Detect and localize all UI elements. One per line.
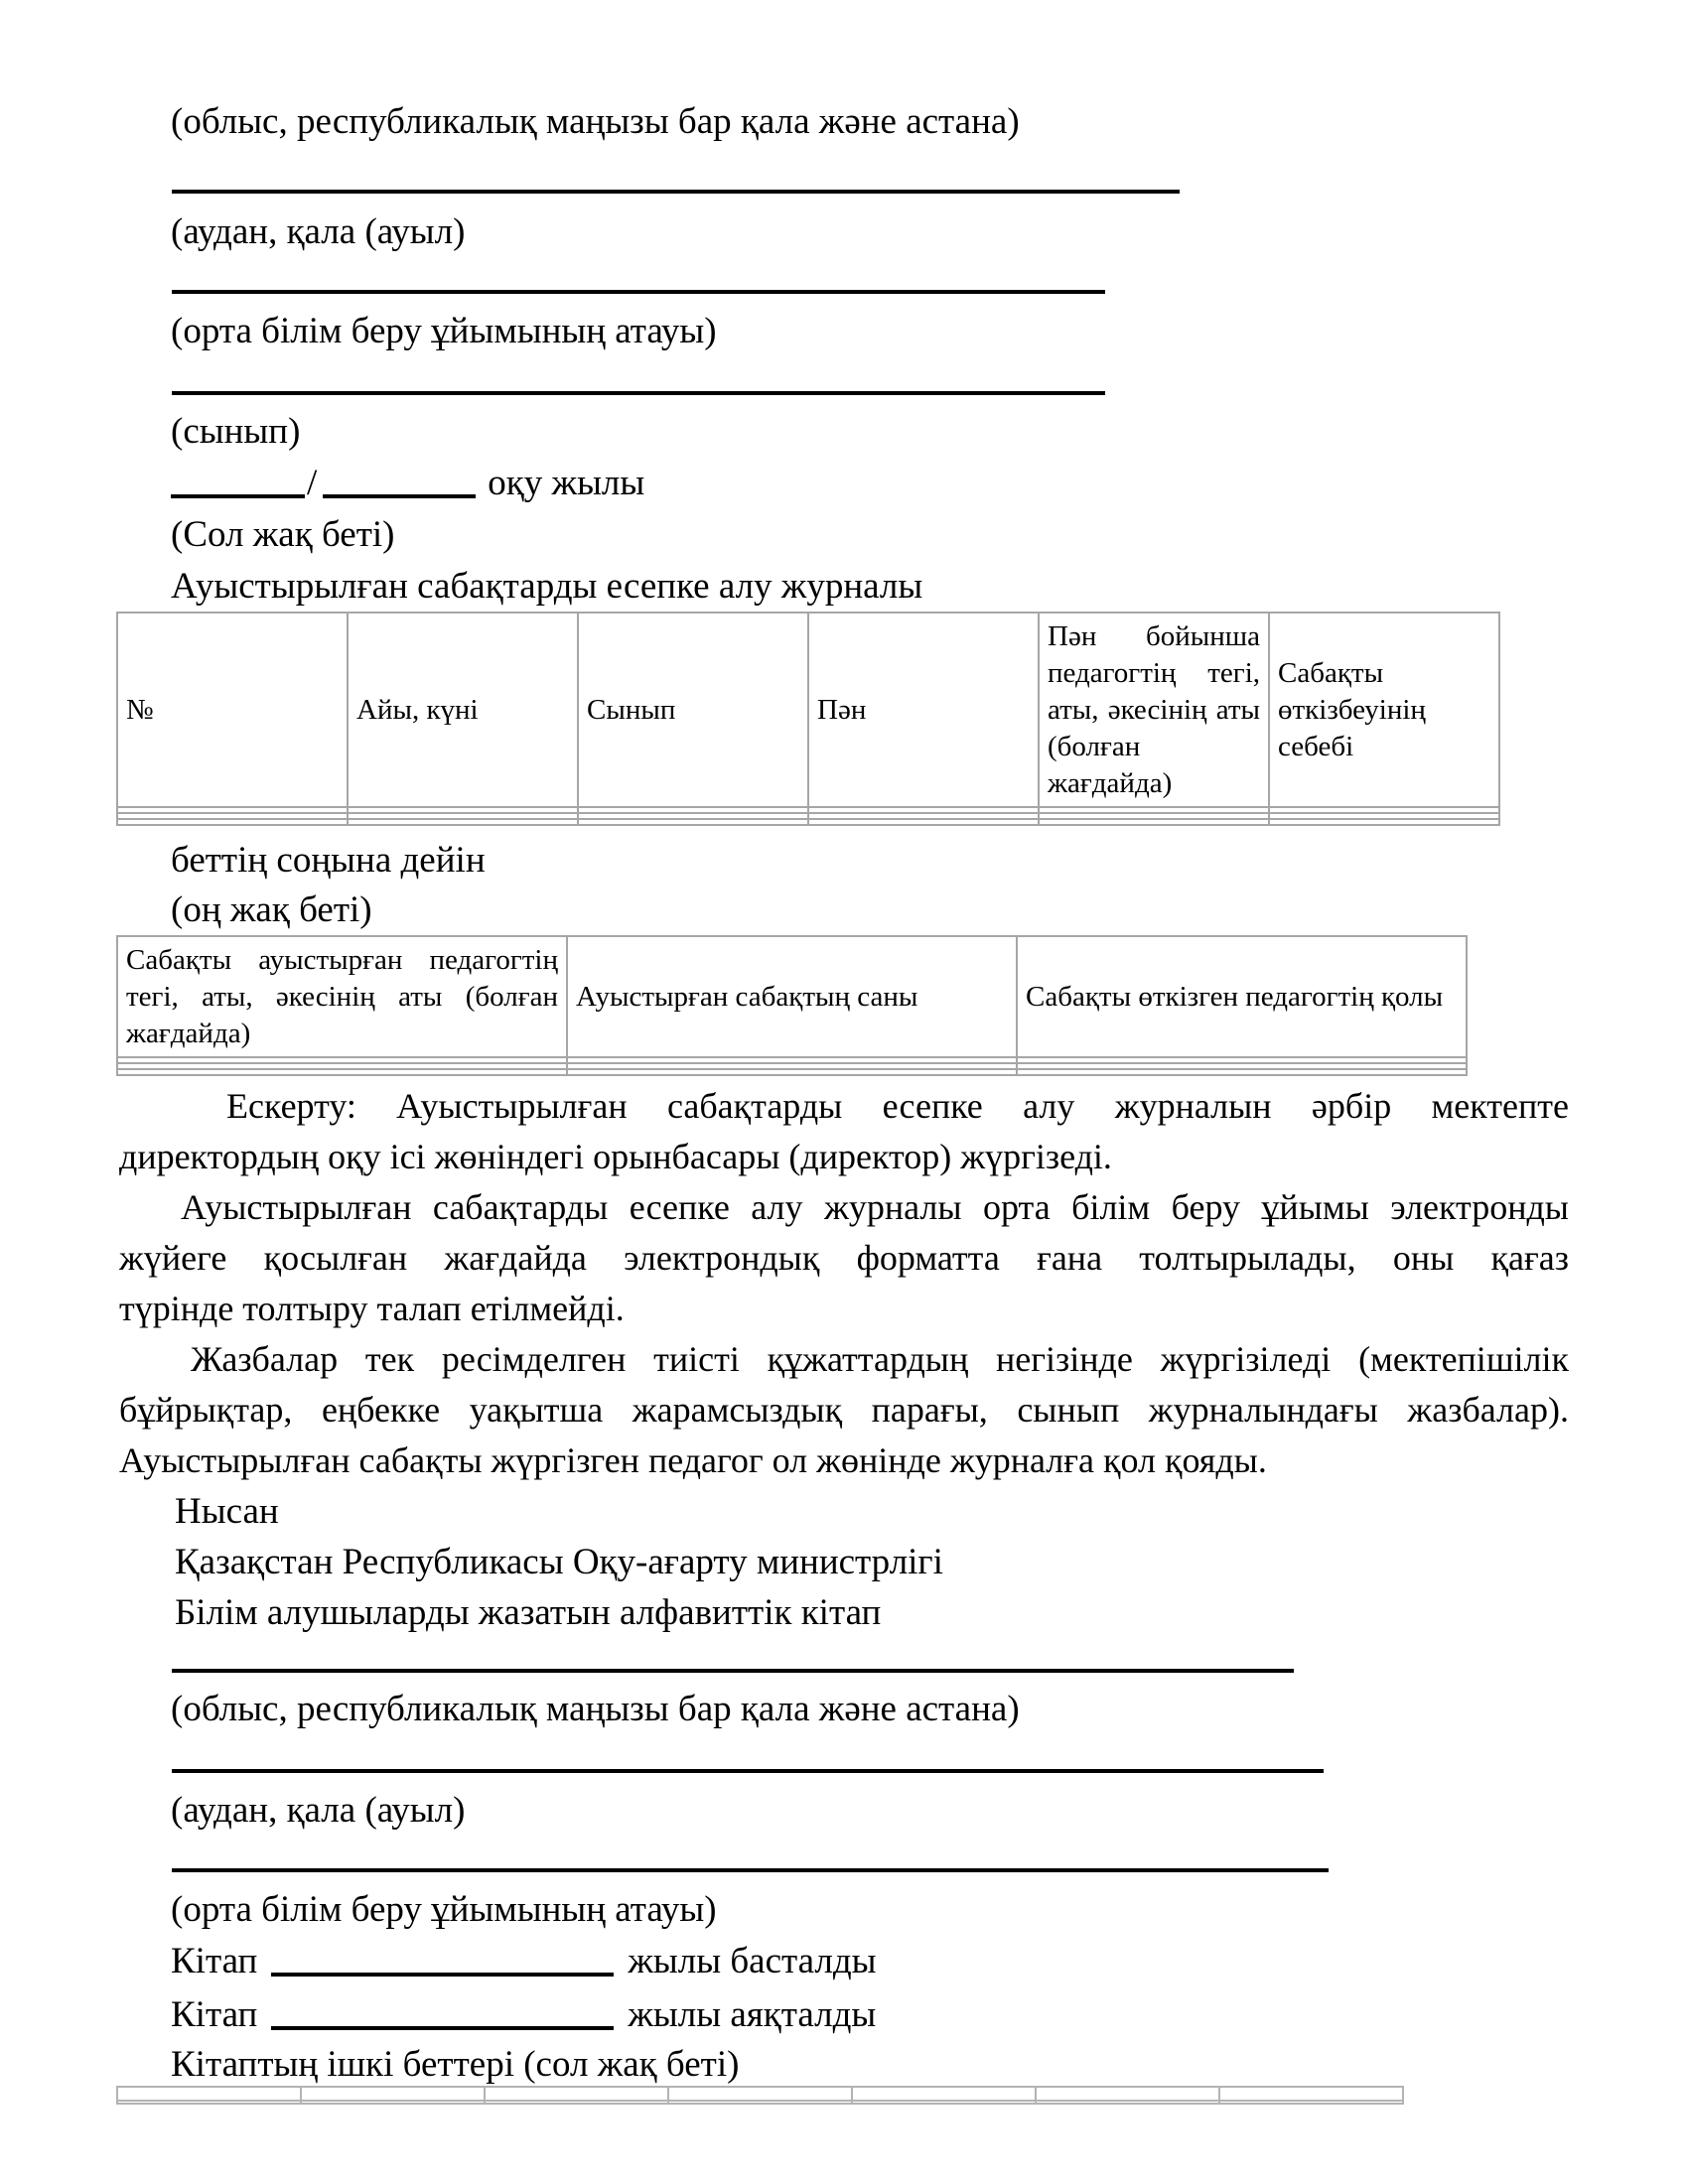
document-page: (облыс, республикалық маңызы бар қала жә…: [0, 0, 1688, 2184]
study-year-blank-end: [323, 461, 476, 498]
note-paragraph-line: бұйрықтар, еңбекке уақытша жарамсыздық п…: [119, 1385, 1569, 1435]
field-label-district-2: (аудан, қала (ауыл): [171, 1786, 1688, 1836]
note-paragraph-line: Жазбалар тек ресімделген тиісті құжаттар…: [119, 1334, 1569, 1385]
field-label-region: (облыс, республикалық маңызы бар қала жә…: [171, 97, 1688, 147]
study-year-suffix: оқу жылы: [488, 463, 644, 503]
inner-pages-label: Кітаптың ішкі беттері (сол жақ беті): [171, 2044, 1688, 2086]
book-ended-blank: [271, 1992, 614, 2030]
note-paragraph-line: директордың оқу ісі жөніндегі орынбасары…: [119, 1132, 1569, 1182]
empty-row: [117, 819, 1499, 825]
column-header-substituting-teacher: Сабақты ауыстырған педагогтің тегі, аты,…: [117, 936, 567, 1057]
book-word: Кітап: [171, 1994, 257, 2035]
header-row: № Айы, күні Сынып Пән Пән бойынша педаго…: [117, 613, 1499, 807]
fill-line-school: [172, 290, 1105, 294]
notes-block: Ескерту: Ауыстырылған сабақтарды есепке …: [119, 1081, 1569, 1638]
field-label-region-2: (облыс, республикалық маңызы бар қала жә…: [171, 1685, 1688, 1734]
book-word: Кітап: [171, 1941, 257, 1981]
column-header-lesson-count: Ауыстырған сабақтың саны: [567, 936, 1017, 1057]
book-ended-suffix: жылы аяқталды: [628, 1994, 876, 2035]
fill-line-district: [172, 190, 1180, 194]
journal-title: Ауыстырылған сабақтарды есепке алу журна…: [171, 562, 1688, 612]
note-paragraph-line: Ескерту: Ауыстырылған сабақтарды есепке …: [119, 1081, 1569, 1132]
slash-separator: /: [307, 459, 317, 508]
field-label-school-2: (орта білім беру ұйымының атауы): [171, 1885, 1688, 1935]
note-paragraph-line: түрінде толтыру талап етілмейді.: [119, 1284, 1569, 1334]
form-word-label: Нысан: [175, 1486, 1569, 1537]
left-page-label: (Сол жақ беті): [171, 510, 1688, 560]
empty-row: [117, 2087, 1403, 2101]
column-header-teacher: Пән бойынша педагогтің тегі, аты, әкесін…: [1039, 613, 1269, 807]
until-end-label: беттің соңына дейін: [171, 836, 1688, 886]
column-header-subject: Пән: [808, 613, 1039, 807]
alphabet-book-table: [116, 2086, 1404, 2105]
fill-line-class: [172, 391, 1105, 395]
column-header-reason: Сабақты өткізбеуінің себебі: [1269, 613, 1499, 807]
study-year-blank-start: [171, 461, 305, 498]
column-header-date: Айы, күні: [348, 613, 578, 807]
right-page-table: Сабақты ауыстырған педагогтің тегі, аты,…: [116, 935, 1468, 1076]
study-year-line: /оқу жылы: [171, 459, 1688, 508]
header-row: Сабақты ауыстырған педагогтің тегі, аты,…: [117, 936, 1467, 1057]
book-ended-line: Кітапжылы аяқталды: [171, 1990, 1688, 2040]
book-started-suffix: жылы басталды: [628, 1941, 876, 1981]
fill-line-district-2: [172, 1769, 1324, 1773]
fill-line-region: [172, 1669, 1294, 1673]
book-started-line: Кітапжылы басталды: [171, 1937, 1688, 1986]
book-title: Білім алушыларды жазатын алфавиттік кіта…: [175, 1587, 1569, 1638]
empty-row: [117, 2101, 1403, 2104]
right-page-label: (оң жақ беті): [171, 886, 1688, 935]
field-label-school: (орта білім беру ұйымының атауы): [171, 307, 1688, 356]
ministry-label: Қазақстан Республикасы Оқу-ағарту минист…: [175, 1537, 1569, 1587]
book-started-blank: [271, 1939, 614, 1977]
column-header-signature: Сабақты өткізген педагогтің қолы: [1017, 936, 1467, 1057]
fill-line-school-2: [172, 1868, 1329, 1872]
note-paragraph-line: Ауыстырылған сабақты жүргізген педагог о…: [119, 1435, 1569, 1486]
note-paragraph-line: Ауыстырылған сабақтарды есепке алу журна…: [119, 1182, 1569, 1233]
column-header-class: Сынып: [578, 613, 808, 807]
field-label-district: (аудан, қала (ауыл): [171, 207, 1688, 257]
column-header-number: №: [117, 613, 348, 807]
field-label-class: (сынып): [171, 407, 1688, 457]
substitution-journal-table: № Айы, күні Сынып Пән Пән бойынша педаго…: [116, 612, 1500, 826]
note-paragraph-line: жүйеге қосылған жағдайда электрондық фор…: [119, 1233, 1569, 1284]
empty-row: [117, 1069, 1467, 1075]
